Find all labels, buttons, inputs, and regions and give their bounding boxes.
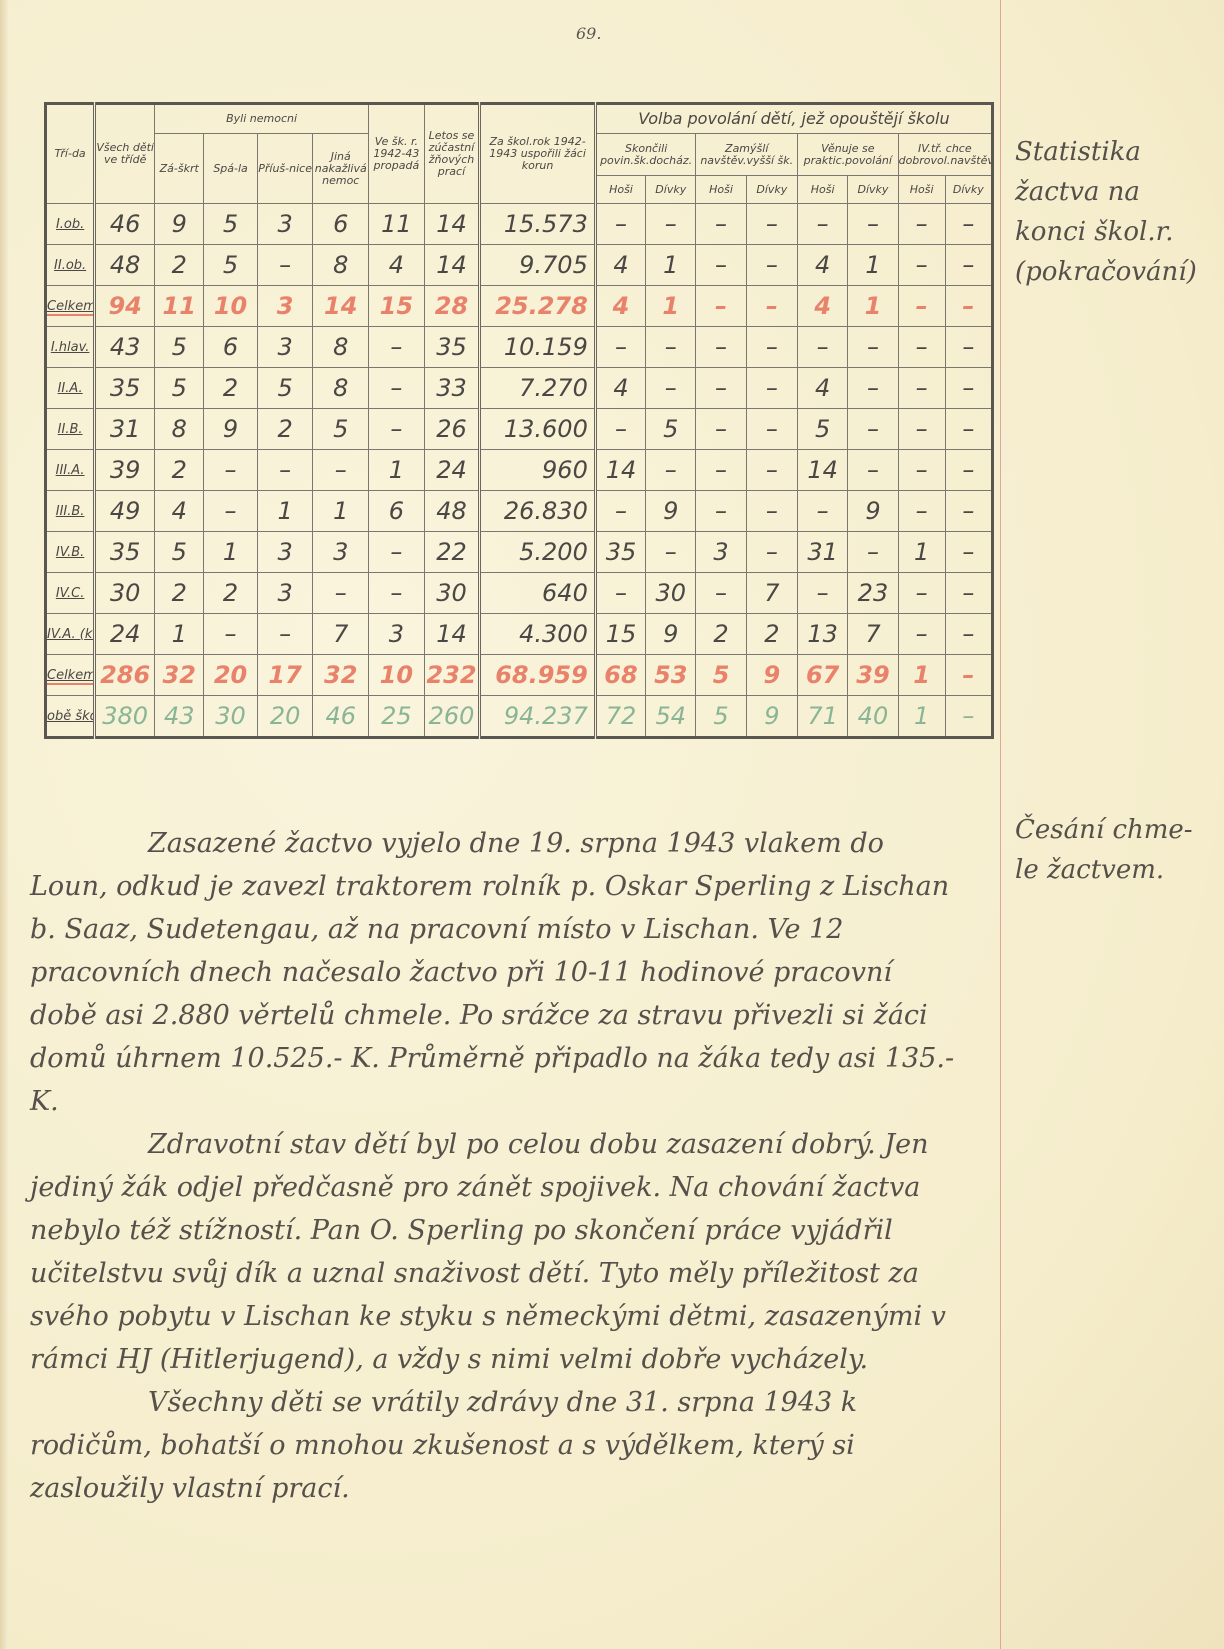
- table-row: Celkem941110314152825.27841––41––: [46, 286, 993, 327]
- table-cell: 640: [480, 573, 596, 614]
- table-cell: 30: [646, 573, 696, 614]
- header-hosi: Hoši: [696, 176, 746, 204]
- table-cell: 3: [257, 532, 313, 573]
- table-cell: –: [696, 204, 746, 245]
- row-label-text: IV.A. (kurs): [47, 627, 95, 642]
- table-cell: 9: [848, 491, 898, 532]
- table-cell: 3: [257, 327, 313, 368]
- table-cell: –: [257, 245, 313, 286]
- table-cell: 5: [798, 409, 848, 450]
- table-cell: –: [945, 532, 992, 573]
- table-cell: –: [945, 368, 992, 409]
- table-cell: 14: [595, 450, 645, 491]
- table-cell: 9: [746, 696, 797, 738]
- table-cell: 286: [95, 655, 155, 696]
- handwritten-text: Zasazené žactvo vyjelo dne 19. srpna 194…: [30, 822, 960, 1510]
- table-cell: 35: [95, 368, 155, 409]
- table-cell: –: [646, 327, 696, 368]
- table-cell: 1: [257, 491, 313, 532]
- table-cell: –: [696, 286, 746, 327]
- row-label-text: II.B.: [58, 422, 83, 437]
- header-zaskrt: Zá-škrt: [155, 134, 204, 204]
- table-cell: 11: [155, 286, 204, 327]
- table-cell: –: [746, 204, 797, 245]
- table-cell: 54: [646, 696, 696, 738]
- table-cell: 232: [424, 655, 480, 696]
- table-cell: –: [696, 573, 746, 614]
- header-hosi: Hoši: [798, 176, 848, 204]
- table-cell: 5: [696, 696, 746, 738]
- row-label-text: Celkem: [47, 668, 95, 685]
- table-cell: 7: [313, 614, 369, 655]
- table-cell: 3: [257, 204, 313, 245]
- row-label: obě školy: [46, 696, 95, 738]
- table-cell: 94.237: [480, 696, 596, 738]
- row-label-text: I.hlav.: [51, 340, 90, 355]
- table-cell: –: [798, 204, 848, 245]
- table-cell: –: [898, 450, 945, 491]
- table-cell: 4: [155, 491, 204, 532]
- table-cell: 14: [798, 450, 848, 491]
- table-cell: 9: [746, 655, 797, 696]
- table-cell: 7: [746, 573, 797, 614]
- table-cell: 14: [424, 245, 480, 286]
- table-cell: 26: [424, 409, 480, 450]
- row-label: II.B.: [46, 409, 95, 450]
- table-cell: 260: [424, 696, 480, 738]
- paragraph-zdravotni-stav: Zdravotní stav dětí byl po celou dobu za…: [30, 1123, 960, 1381]
- table-cell: 33: [424, 368, 480, 409]
- table-cell: 43: [95, 327, 155, 368]
- table-cell: 2: [696, 614, 746, 655]
- table-cell: 48: [424, 491, 480, 532]
- row-label: Celkem: [46, 286, 95, 327]
- table-cell: 2: [257, 409, 313, 450]
- table-cell: 5: [155, 368, 204, 409]
- row-label: I.ob.: [46, 204, 95, 245]
- table-cell: –: [595, 327, 645, 368]
- table-cell: 1: [313, 491, 369, 532]
- table-cell: –: [646, 368, 696, 409]
- table-cell: 35: [595, 532, 645, 573]
- row-label-text: III.A.: [56, 463, 85, 478]
- table-cell: –: [898, 614, 945, 655]
- side-note-line: žactva na: [1015, 172, 1197, 212]
- row-label-text: obě školy: [47, 709, 95, 724]
- table-cell: –: [204, 450, 257, 491]
- table-cell: 1: [155, 614, 204, 655]
- table-cell: 6: [369, 491, 425, 532]
- table-cell: 46: [313, 696, 369, 738]
- header-jina-nemoc: Jiná nakažlivá nemoc: [313, 134, 369, 204]
- table-cell: 1: [898, 655, 945, 696]
- table-cell: –: [696, 245, 746, 286]
- table-cell: 4.300: [480, 614, 596, 655]
- header-priusnice: Příuš-nice: [257, 134, 313, 204]
- table-cell: 30: [95, 573, 155, 614]
- row-label: Celkem: [46, 655, 95, 696]
- table-cell: 3: [257, 573, 313, 614]
- table-cell: –: [746, 327, 797, 368]
- table-cell: 8: [313, 245, 369, 286]
- table-cell: –: [898, 368, 945, 409]
- table-cell: 4: [369, 245, 425, 286]
- header-propadlo: Ve šk. r. 1942-43 propadá: [369, 104, 425, 204]
- table-cell: 3: [369, 614, 425, 655]
- table-cell: 67: [798, 655, 848, 696]
- table-row: II.ob.4825–84149.70541––41––: [46, 245, 993, 286]
- table-body: I.ob.469536111415.573––––––––II.ob.4825–…: [46, 204, 993, 738]
- table-cell: 1: [848, 245, 898, 286]
- table-cell: 5: [204, 204, 257, 245]
- paragraph-zasazeni: Zasazené žactvo vyjelo dne 19. srpna 194…: [30, 822, 960, 1123]
- table-cell: 2: [155, 245, 204, 286]
- table-cell: 6: [204, 327, 257, 368]
- table-cell: 15: [595, 614, 645, 655]
- header-iv-trida: IV.tř. chce dobrovol.navštěv.: [898, 134, 992, 176]
- table-cell: –: [848, 327, 898, 368]
- table-cell: 39: [848, 655, 898, 696]
- table-cell: 5: [696, 655, 746, 696]
- table-cell: 31: [95, 409, 155, 450]
- paragraph-navrat: Všechny děti se vrátily zdrávy dne 31. s…: [30, 1381, 960, 1510]
- table-cell: 7: [848, 614, 898, 655]
- table-cell: –: [848, 409, 898, 450]
- table-cell: 28: [424, 286, 480, 327]
- table-cell: 53: [646, 655, 696, 696]
- table-cell: 49: [95, 491, 155, 532]
- page-number: 69.: [576, 24, 601, 43]
- table-cell: 5: [204, 245, 257, 286]
- table-cell: –: [646, 204, 696, 245]
- table-cell: –: [898, 204, 945, 245]
- table-cell: 20: [257, 696, 313, 738]
- table-cell: 23: [848, 573, 898, 614]
- table-cell: –: [848, 204, 898, 245]
- header-vsech-deti: Všech dětí ve třídě: [95, 104, 155, 204]
- table-cell: –: [898, 491, 945, 532]
- header-volba-povolani: Volba povolání dětí, jež opouštějí školu: [595, 104, 992, 134]
- table-cell: –: [595, 491, 645, 532]
- table-cell: 5: [155, 532, 204, 573]
- table-cell: 72: [595, 696, 645, 738]
- table-cell: 5: [313, 409, 369, 450]
- table-cell: 1: [204, 532, 257, 573]
- table-cell: –: [257, 614, 313, 655]
- table-cell: 4: [595, 286, 645, 327]
- table-row: IV.C.30223––30640–30–7–23––: [46, 573, 993, 614]
- table-cell: –: [898, 573, 945, 614]
- table-cell: –: [848, 450, 898, 491]
- table-cell: –: [369, 532, 425, 573]
- table-cell: 3: [313, 532, 369, 573]
- table-cell: –: [945, 327, 992, 368]
- table-row: I.ob.469536111415.573––––––––: [46, 204, 993, 245]
- header-divky: Dívky: [646, 176, 696, 204]
- row-label-text: IV.B.: [56, 545, 84, 560]
- table-cell: 7.270: [480, 368, 596, 409]
- table-cell: –: [945, 245, 992, 286]
- table-cell: 26.830: [480, 491, 596, 532]
- table-cell: 11: [369, 204, 425, 245]
- table-cell: 25: [369, 696, 425, 738]
- header-spala: Spá-la: [204, 134, 257, 204]
- table-cell: –: [945, 696, 992, 738]
- row-label: III.A.: [46, 450, 95, 491]
- table-row: obě školy380433020462526094.237725459714…: [46, 696, 993, 738]
- header-hosi: Hoši: [898, 176, 945, 204]
- table-cell: –: [595, 204, 645, 245]
- table-cell: 6: [313, 204, 369, 245]
- table-cell: 3: [696, 532, 746, 573]
- table-row: IV.A. (kurs)241––73144.30015922137––: [46, 614, 993, 655]
- table-cell: –: [945, 450, 992, 491]
- table-row: III.B.494–1164826.830–9–––9––: [46, 491, 993, 532]
- table-cell: –: [945, 204, 992, 245]
- table-cell: 5.200: [480, 532, 596, 573]
- table-cell: 3: [257, 286, 313, 327]
- table-cell: –: [313, 450, 369, 491]
- header-znove-prace: Letos se zúčastní žňových prací: [424, 104, 480, 204]
- table-cell: 71: [798, 696, 848, 738]
- table-cell: 30: [204, 696, 257, 738]
- header-divky: Dívky: [848, 176, 898, 204]
- table-cell: –: [369, 368, 425, 409]
- page-binding-edge: [0, 0, 8, 1649]
- table-cell: 14: [424, 614, 480, 655]
- table-cell: 2: [204, 368, 257, 409]
- table-cell: 2: [746, 614, 797, 655]
- table-cell: 31: [798, 532, 848, 573]
- table-cell: 22: [424, 532, 480, 573]
- row-label-text: II.A.: [58, 381, 83, 396]
- header-byli-nemocni: Byli nemocni: [155, 104, 369, 134]
- table-cell: –: [369, 409, 425, 450]
- table-cell: 15.573: [480, 204, 596, 245]
- table-cell: –: [696, 450, 746, 491]
- header-divky: Dívky: [746, 176, 797, 204]
- side-note-line: (pokračování): [1015, 252, 1197, 292]
- table-cell: –: [746, 245, 797, 286]
- table-cell: 25.278: [480, 286, 596, 327]
- side-note-line: Česání chme-: [1015, 810, 1193, 850]
- side-note-line: le žactvem.: [1015, 850, 1193, 890]
- table-cell: 24: [95, 614, 155, 655]
- table-cell: –: [696, 327, 746, 368]
- table-cell: –: [746, 532, 797, 573]
- table-cell: –: [746, 368, 797, 409]
- table-cell: 48: [95, 245, 155, 286]
- side-note-line: konci škol.r.: [1015, 212, 1197, 252]
- table-cell: 380: [95, 696, 155, 738]
- table-cell: 13: [798, 614, 848, 655]
- table-cell: 5: [646, 409, 696, 450]
- table-cell: 35: [95, 532, 155, 573]
- table-cell: –: [313, 573, 369, 614]
- table-cell: 960: [480, 450, 596, 491]
- table-row: I.hlav.435638–3510.159––––––––: [46, 327, 993, 368]
- table-cell: –: [898, 245, 945, 286]
- table-cell: 5: [257, 368, 313, 409]
- table-cell: –: [696, 491, 746, 532]
- table-cell: 5: [155, 327, 204, 368]
- table-cell: –: [798, 327, 848, 368]
- table-cell: 1: [848, 286, 898, 327]
- table-cell: 17: [257, 655, 313, 696]
- table-cell: 4: [798, 286, 848, 327]
- table-row: II.A.355258–337.2704–––4–––: [46, 368, 993, 409]
- row-label: I.hlav.: [46, 327, 95, 368]
- header-trida: Tří-da: [46, 104, 95, 204]
- table-cell: 2: [155, 450, 204, 491]
- table-cell: 32: [155, 655, 204, 696]
- table-cell: –: [696, 368, 746, 409]
- table-cell: 4: [595, 368, 645, 409]
- table-cell: 15: [369, 286, 425, 327]
- row-label: III.B.: [46, 491, 95, 532]
- row-label-text: II.ob.: [54, 258, 86, 273]
- table-cell: 4: [595, 245, 645, 286]
- table-cell: 40: [848, 696, 898, 738]
- table-cell: –: [746, 409, 797, 450]
- row-label: IV.B.: [46, 532, 95, 573]
- table-cell: –: [945, 491, 992, 532]
- table-cell: –: [369, 573, 425, 614]
- row-label-text: III.B.: [56, 504, 85, 519]
- table-cell: 10.159: [480, 327, 596, 368]
- table-cell: 14: [313, 286, 369, 327]
- table-cell: 20: [204, 655, 257, 696]
- table-cell: 9: [646, 491, 696, 532]
- table-cell: 32: [313, 655, 369, 696]
- table-cell: –: [945, 573, 992, 614]
- table-row: II.B.318925–2613.600–5––5–––: [46, 409, 993, 450]
- table-cell: 24: [424, 450, 480, 491]
- table-cell: –: [595, 573, 645, 614]
- row-label: II.A.: [46, 368, 95, 409]
- table-cell: 8: [155, 409, 204, 450]
- table-cell: –: [746, 450, 797, 491]
- margin-line: [1000, 0, 1001, 1649]
- table-cell: –: [257, 450, 313, 491]
- table-cell: 9: [155, 204, 204, 245]
- table-cell: 8: [313, 368, 369, 409]
- table-cell: –: [798, 573, 848, 614]
- table-cell: –: [204, 491, 257, 532]
- table-cell: 9.705: [480, 245, 596, 286]
- table-cell: –: [746, 286, 797, 327]
- header-skoncili: Skončili povin.šk.docház.: [595, 134, 696, 176]
- table-cell: –: [945, 655, 992, 696]
- header-venuje: Věnuje se praktic.povolání: [798, 134, 899, 176]
- table-cell: –: [595, 409, 645, 450]
- header-hosi: Hoši: [595, 176, 645, 204]
- table-cell: 1: [898, 532, 945, 573]
- table-cell: –: [798, 491, 848, 532]
- table-cell: 14: [424, 204, 480, 245]
- row-label: IV.C.: [46, 573, 95, 614]
- table-row: Celkem286322017321023268.95968535967391–: [46, 655, 993, 696]
- table-cell: –: [945, 614, 992, 655]
- header-usporili: Za škol.rok 1942-1943 uspořili žáci koru…: [480, 104, 596, 204]
- side-note-line: Statistika: [1015, 132, 1197, 172]
- table-cell: 94: [95, 286, 155, 327]
- row-label-text: Celkem: [47, 299, 95, 316]
- table-cell: 68.959: [480, 655, 596, 696]
- table-cell: –: [696, 409, 746, 450]
- table-cell: 1: [898, 696, 945, 738]
- table-cell: 35: [424, 327, 480, 368]
- table-cell: 13.600: [480, 409, 596, 450]
- statistics-table: Tří-da Všech dětí ve třídě Byli nemocni …: [44, 102, 994, 739]
- table-cell: 1: [646, 245, 696, 286]
- table-cell: 46: [95, 204, 155, 245]
- table-cell: 1: [646, 286, 696, 327]
- table-cell: –: [848, 532, 898, 573]
- table-cell: –: [898, 286, 945, 327]
- row-label-text: I.ob.: [56, 217, 84, 232]
- table-cell: 43: [155, 696, 204, 738]
- table-cell: 2: [204, 573, 257, 614]
- table-cell: 10: [369, 655, 425, 696]
- table-row: IV.B.355133–225.20035–3–31–1–: [46, 532, 993, 573]
- table-cell: –: [746, 491, 797, 532]
- table-cell: 39: [95, 450, 155, 491]
- table-cell: 9: [646, 614, 696, 655]
- side-note-cesani-chmele: Česání chme- le žactvem.: [1015, 810, 1193, 890]
- table-cell: 4: [798, 368, 848, 409]
- table-cell: –: [898, 327, 945, 368]
- table-cell: –: [646, 532, 696, 573]
- table-cell: 10: [204, 286, 257, 327]
- header-zamysli: Zamýšlí navštěv.vyšší šk.: [696, 134, 798, 176]
- row-label-text: IV.C.: [56, 586, 85, 601]
- table-cell: –: [848, 368, 898, 409]
- table-cell: –: [204, 614, 257, 655]
- header-divky: Dívky: [945, 176, 992, 204]
- table-cell: 2: [155, 573, 204, 614]
- table-cell: –: [369, 327, 425, 368]
- table-cell: –: [898, 409, 945, 450]
- table-cell: 1: [369, 450, 425, 491]
- side-note-statistika: Statistika žactva na konci škol.r. (pokr…: [1015, 132, 1197, 292]
- row-label: IV.A. (kurs): [46, 614, 95, 655]
- table-cell: –: [945, 409, 992, 450]
- row-label: II.ob.: [46, 245, 95, 286]
- table-cell: –: [945, 286, 992, 327]
- table-row: III.A.392–––12496014–––14–––: [46, 450, 993, 491]
- table-cell: 8: [313, 327, 369, 368]
- table-cell: 68: [595, 655, 645, 696]
- table-cell: 30: [424, 573, 480, 614]
- table-cell: 4: [798, 245, 848, 286]
- table-cell: 9: [204, 409, 257, 450]
- table-cell: –: [646, 450, 696, 491]
